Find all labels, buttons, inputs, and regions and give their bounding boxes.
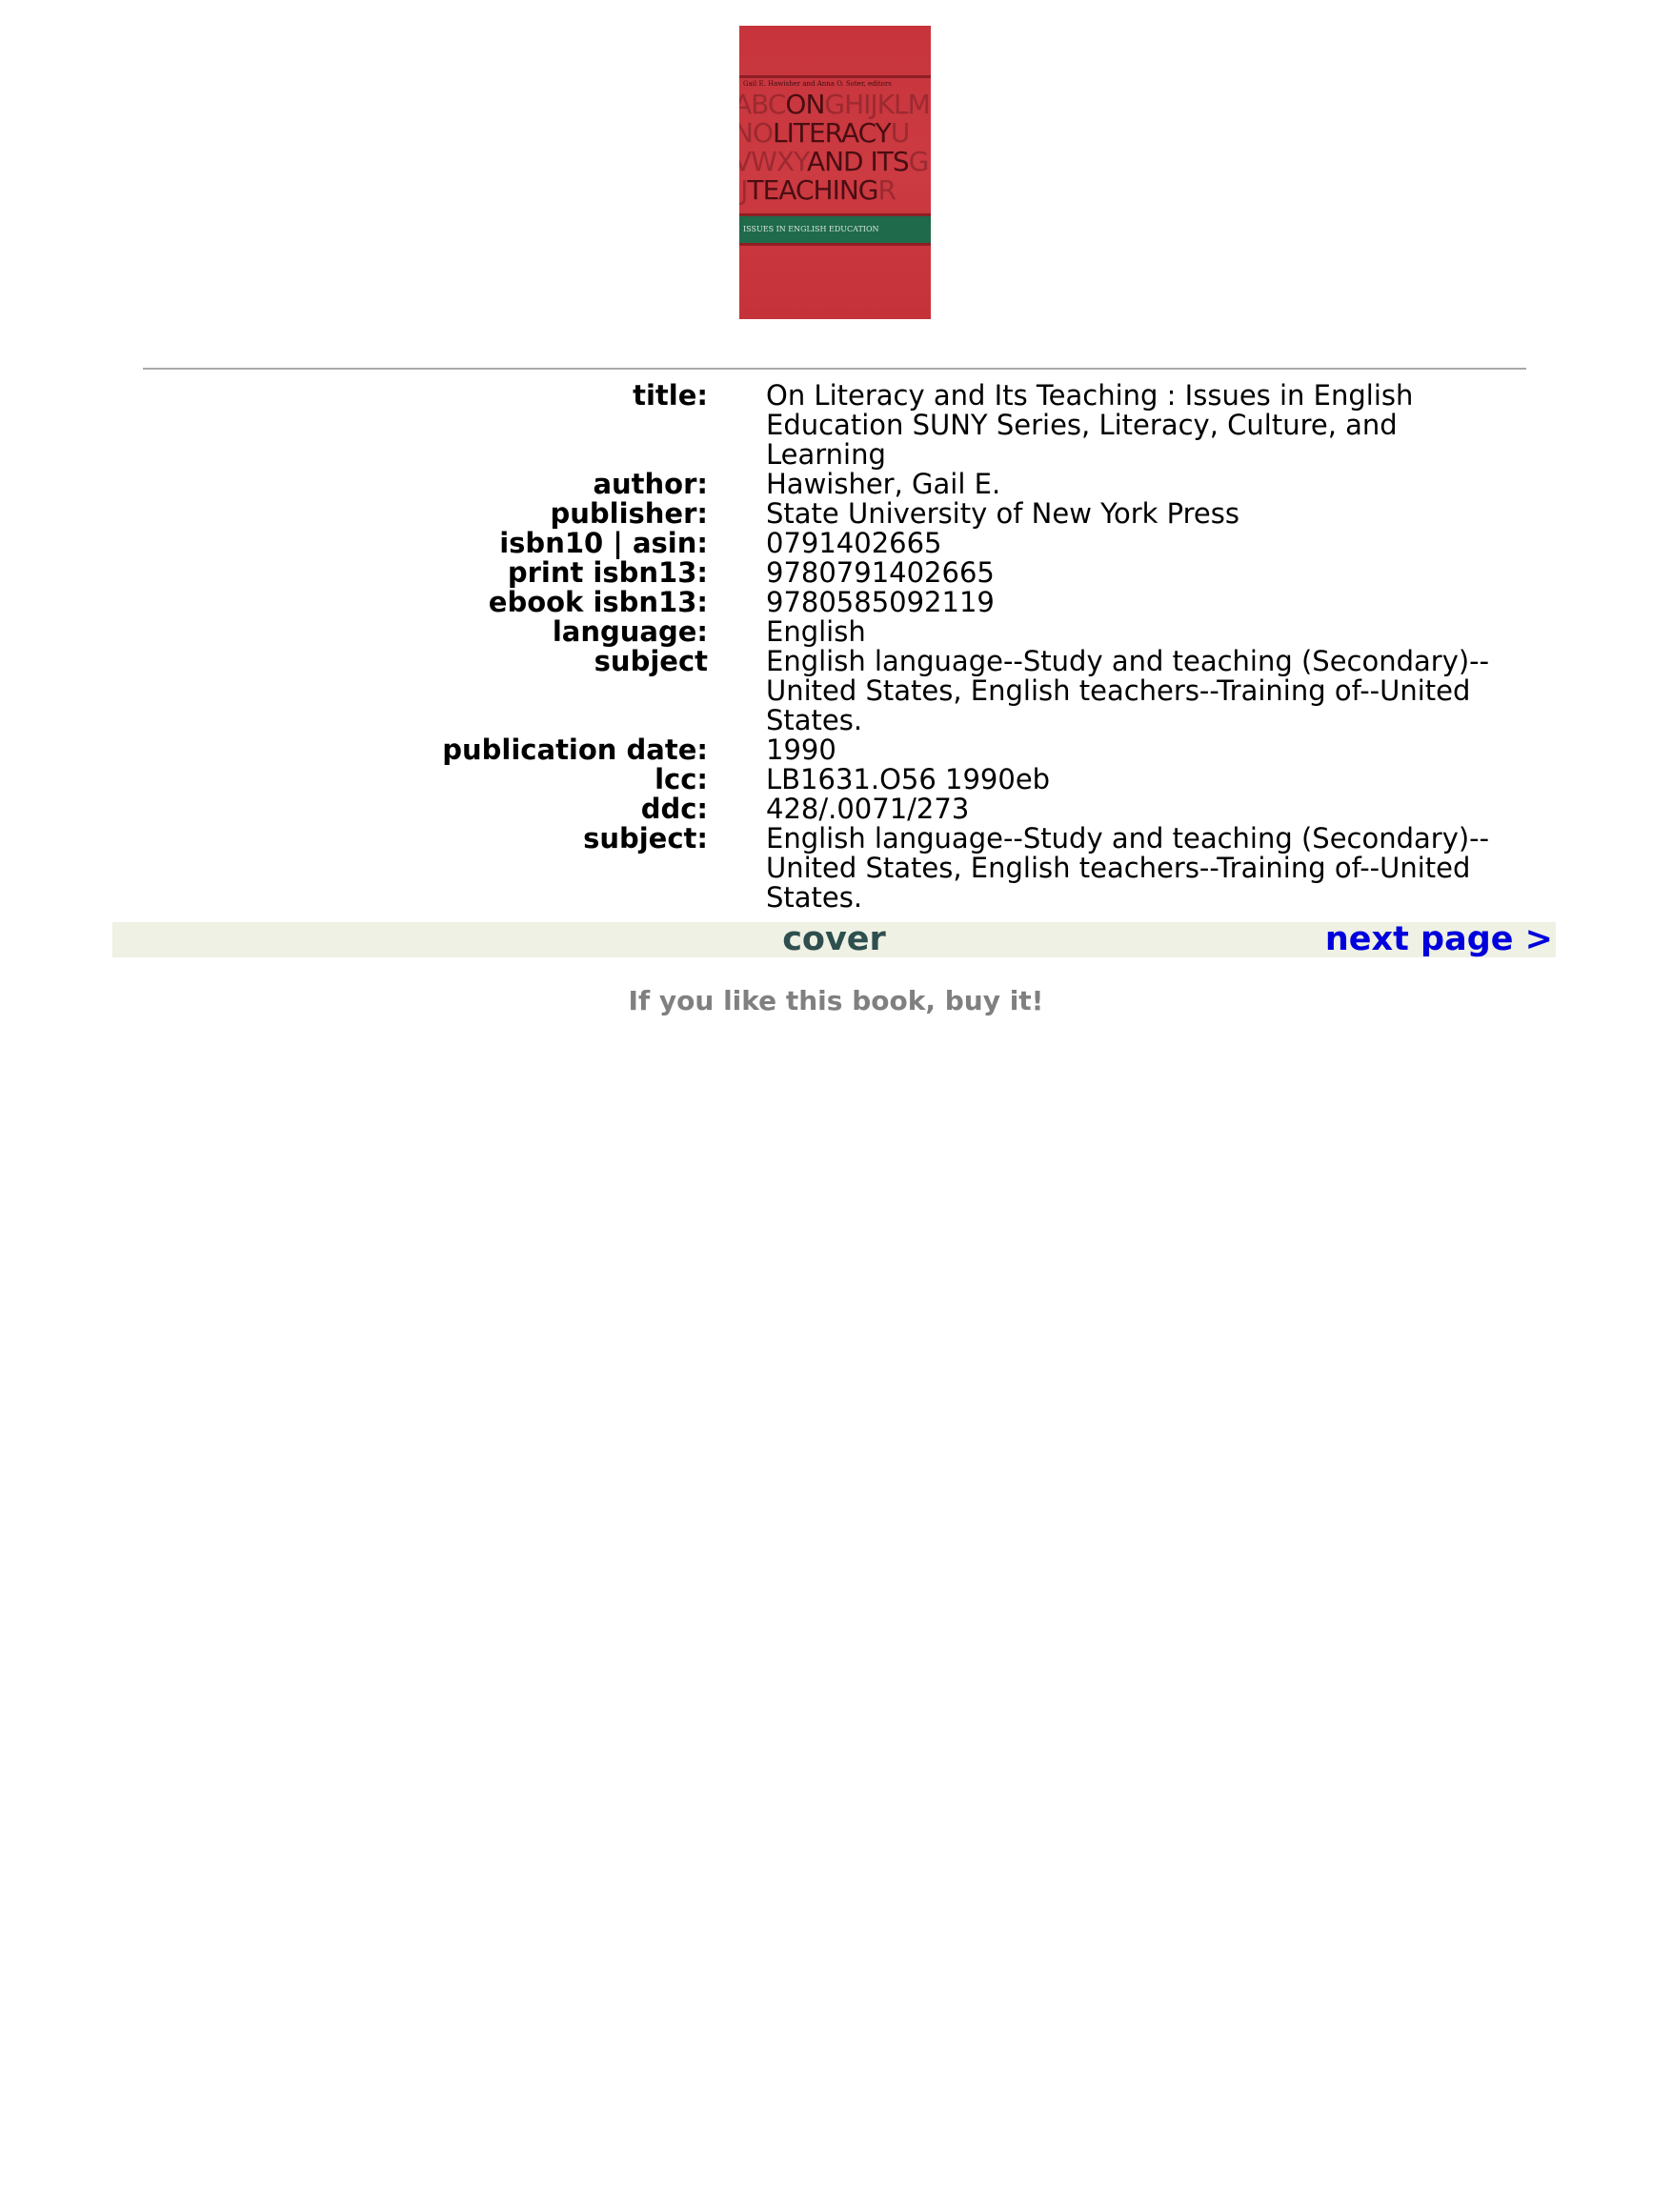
metadata-label: publication date: (0, 735, 708, 765)
metadata-value: 1990 (766, 735, 1509, 765)
metadata-label: subject: (0, 824, 708, 913)
metadata-row: publisher:State University of New York P… (0, 499, 1672, 529)
metadata-row: isbn10 | asin:0791402665 (0, 529, 1672, 558)
cover-line-2: NOLITERACYU (739, 119, 931, 148)
metadata-value: LB1631.O56 1990eb (766, 765, 1509, 794)
metadata-value: On Literacy and Its Teaching : Issues in… (766, 381, 1509, 470)
metadata-value: 9780585092119 (766, 588, 1509, 617)
next-page-link[interactable]: next page > (1325, 922, 1553, 957)
metadata-row: lcc:LB1631.O56 1990eb (0, 765, 1672, 794)
metadata-row: ebook isbn13:9780585092119 (0, 588, 1672, 617)
metadata-value: 9780791402665 (766, 558, 1509, 588)
metadata-label: isbn10 | asin: (0, 529, 708, 558)
metadata-label: publisher: (0, 499, 708, 529)
page-navigation-bar: cover next page > (112, 922, 1556, 957)
cover-art: Gail E. Hawisher and Anna O. Soter, edit… (739, 26, 931, 319)
metadata-label: ebook isbn13: (0, 588, 708, 617)
metadata-row: subject:English language--Study and teac… (0, 824, 1672, 913)
metadata-row: language:English (0, 617, 1672, 647)
cover-line-3: VWXYAND ITSG (739, 148, 931, 176)
metadata-label: ddc: (0, 794, 708, 824)
metadata-value: English language--Study and teaching (Se… (766, 824, 1509, 913)
metadata-value: 428/.0071/273 (766, 794, 1509, 824)
metadata-row: ddc:428/.0071/273 (0, 794, 1672, 824)
cover-rule (739, 75, 931, 78)
metadata-row: publication date:1990 (0, 735, 1672, 765)
metadata-label: language: (0, 617, 708, 647)
cover-series-band: ISSUES IN ENGLISH EDUCATION (739, 213, 931, 246)
cover-line-1: ABCONGHIJKLM (739, 90, 931, 119)
metadata-value: State University of New York Press (766, 499, 1509, 529)
metadata-value: English language--Study and teaching (Se… (766, 647, 1509, 735)
cover-authors: Gail E. Hawisher and Anna O. Soter, edit… (743, 80, 892, 88)
metadata-value: English (766, 617, 1509, 647)
metadata-value: 0791402665 (766, 529, 1509, 558)
metadata-row: subjectEnglish language--Study and teach… (0, 647, 1672, 735)
metadata-label: subject (0, 647, 708, 735)
metadata-table: title:On Literacy and Its Teaching : Iss… (0, 381, 1672, 913)
metadata-label: title: (0, 381, 708, 470)
cover-line-4: IJTEACHINGR (739, 176, 931, 205)
metadata-label: lcc: (0, 765, 708, 794)
buy-book-note: If you like this book, buy it! (0, 985, 1672, 1016)
metadata-row: author:Hawisher, Gail E. (0, 470, 1672, 499)
horizontal-divider (143, 368, 1526, 370)
metadata-label: print isbn13: (0, 558, 708, 588)
metadata-value: Hawisher, Gail E. (766, 470, 1509, 499)
metadata-row: print isbn13:9780791402665 (0, 558, 1672, 588)
metadata-label: author: (0, 470, 708, 499)
book-cover-image: Gail E. Hawisher and Anna O. Soter, edit… (739, 26, 931, 319)
metadata-row: title:On Literacy and Its Teaching : Iss… (0, 381, 1672, 470)
